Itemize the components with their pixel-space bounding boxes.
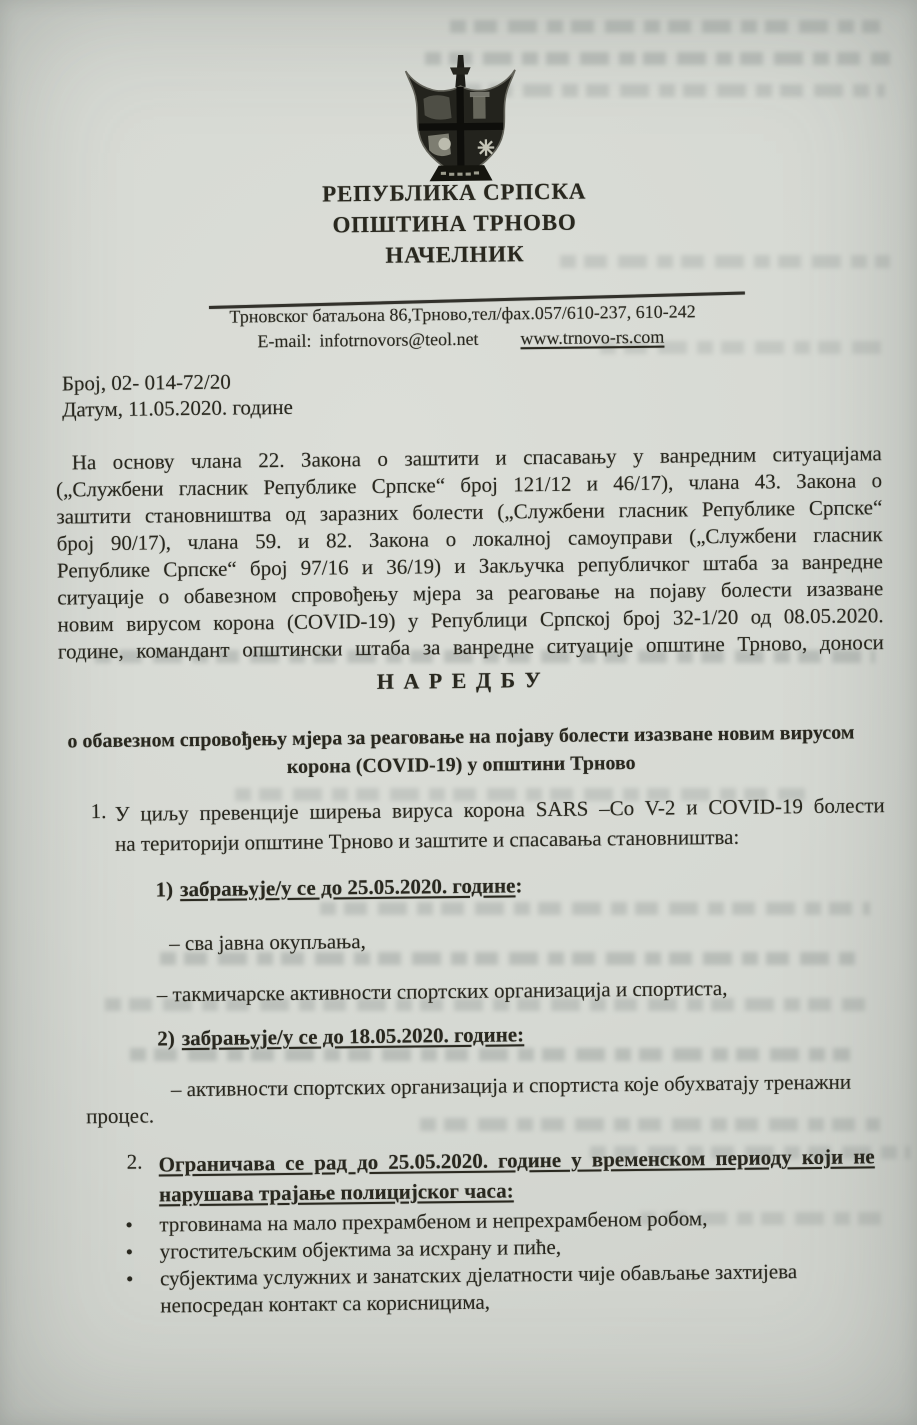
item2-number: 2. xyxy=(127,1150,143,1175)
sub2-label: забрањује/у се до 18.05.2020. године: xyxy=(182,1022,525,1050)
banned-item-continuation: процес. xyxy=(86,1103,154,1129)
item1-sub2-heading: 2)забрањује/у се до 18.05.2020. године: xyxy=(157,1022,524,1051)
document-date: Датум, 11.05.2020. године xyxy=(62,395,293,423)
banned-item: – активности спортских организација и сп… xyxy=(171,1070,851,1103)
sub1-colon: : xyxy=(515,873,522,897)
bullet-icon: • xyxy=(126,1238,160,1265)
list-item: • субјектима услужних и занатских дјелат… xyxy=(126,1257,867,1319)
item1-text: У циљу превенције ширења вируса корона S… xyxy=(115,790,886,859)
email-label: E-mail: xyxy=(257,331,311,352)
sub2-prefix: 2) xyxy=(157,1026,175,1050)
bullet-icon: • xyxy=(126,1265,161,1319)
banned-item: – такмичарске активности спортских орган… xyxy=(157,976,728,1007)
banned-item: – сва јавна окупљања, xyxy=(169,929,366,956)
document-number: Број, 02- 014-72/20 xyxy=(62,370,231,397)
bullet-icon: • xyxy=(125,1211,159,1238)
item1-sub1-heading: 1)забрањује/у се до 25.05.2020. године: xyxy=(155,873,522,902)
email-address: infotrnovors@teol.net xyxy=(319,329,478,351)
coat-of-arms-emblem xyxy=(402,54,519,183)
item2-bullet-list: • трговинама на мало прехрамбеном и непр… xyxy=(125,1203,866,1319)
item2-heading: Ограничава се рад до 25.05.2020. године … xyxy=(159,1141,876,1209)
sub1-label: забрањује/у се до 25.05.2020. године xyxy=(180,873,516,901)
letterhead-office: НАЧЕЛНИК xyxy=(0,237,914,273)
item2-heading-line: Ограничава се рад до 25.05.2020. године … xyxy=(159,1144,875,1176)
scanned-document-page: РЕПУБЛИКА СРПСКА ОПШТИНА ТРНОВО НАЧЕЛНИК… xyxy=(0,0,917,1425)
website-url: www.trnovo-rs.com xyxy=(520,327,664,349)
preamble: На основу члана 22. Закона о заштити и с… xyxy=(56,440,884,665)
letterhead-republic: РЕПУБЛИКА СРПСКА xyxy=(0,175,913,211)
order-title: Н А Р Е Д Б У xyxy=(1,663,917,699)
order-subtitle: о обавезном спровођењу мјера за реаговањ… xyxy=(48,718,875,783)
item1-number: 1. xyxy=(91,799,107,824)
letterhead-municipality: ОПШТИНА ТРНОВО xyxy=(0,206,913,242)
sub1-prefix: 1) xyxy=(155,877,173,901)
bullet-text: субјектима услужних и занатских дјелатно… xyxy=(160,1257,861,1319)
item2-heading-line: нарушава трајање полицијског часа: xyxy=(159,1178,514,1206)
coat-of-arms-icon xyxy=(402,54,519,183)
